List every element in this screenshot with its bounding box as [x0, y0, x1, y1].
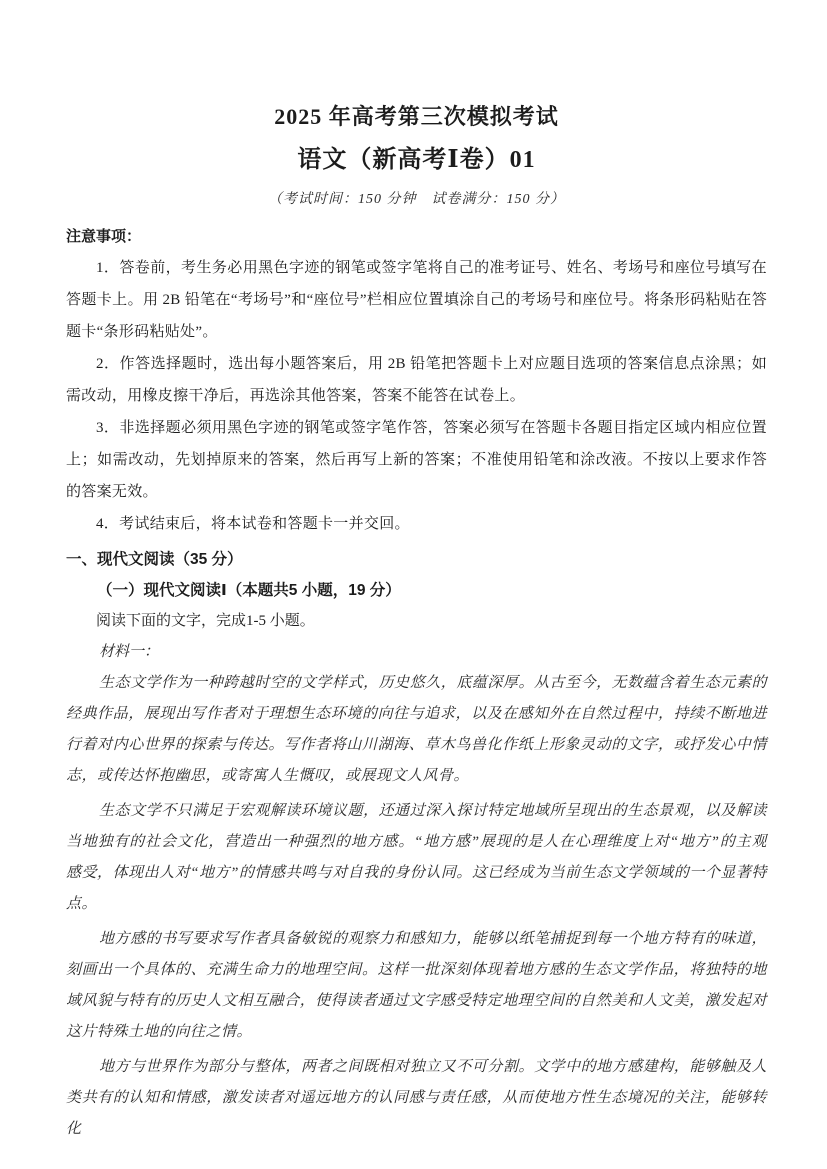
material-paragraph: 地方与世界作为部分与整体，两者之间既相对独立又不可分割。文学中的地方感建构，能够… — [66, 1052, 767, 1145]
material-paragraph: 生态文学不只满足于宏观解读环境议题，还通过深入探讨特定地域所呈现出的生态景观，以… — [66, 796, 767, 920]
exam-paper-page: 2025 年高考第三次模拟考试 语文（新高考Ⅰ卷）01 （考试时间：150 分钟… — [0, 0, 827, 1169]
notice-item: 2．作答选择题时，选出每小题答案后，用 2B 铅笔把答题卡上对应题目选项的答案信… — [66, 348, 767, 412]
reading-instruction: 阅读下面的文字，完成1-5 小题。 — [66, 606, 767, 637]
subsection-heading-reading-1: （一）现代文阅读Ⅰ（本题共5 小题，19 分） — [66, 575, 767, 606]
exam-info: （考试时间：150 分钟 试卷满分：150 分） — [66, 188, 767, 208]
material-paragraph: 地方感的书写要求写作者具备敏锐的观察力和感知力，能够以纸笔捕捉到每一个地方特有的… — [66, 924, 767, 1048]
material-one-body: 生态文学作为一种跨越时空的文学样式，历史悠久，底蕴深厚。从古至今，无数蕴含着生态… — [66, 668, 767, 1145]
material-paragraph: 生态文学作为一种跨越时空的文学样式，历史悠久，底蕴深厚。从古至今，无数蕴含着生态… — [66, 668, 767, 792]
page-content: 2025 年高考第三次模拟考试 语文（新高考Ⅰ卷）01 （考试时间：150 分钟… — [0, 0, 827, 1145]
notice-heading: 注意事项： — [66, 222, 767, 252]
page-title: 2025 年高考第三次模拟考试 — [66, 0, 767, 132]
notice-item: 3．非选择题必须用黑色字迹的钢笔或签字笔作答，答案必须写在答题卡各题目指定区域内… — [66, 412, 767, 508]
material-one-label: 材料一： — [66, 637, 767, 668]
page-subtitle: 语文（新高考Ⅰ卷）01 — [66, 144, 767, 176]
notice-item: 1．答卷前，考生务必用黑色字迹的钢笔或签字笔将自己的准考证号、姓名、考场号和座位… — [66, 252, 767, 348]
section-heading-modern-reading: 一、现代文阅读（35 分） — [66, 544, 767, 575]
notice-item: 4．考试结束后，将本试卷和答题卡一并交回。 — [66, 508, 767, 540]
